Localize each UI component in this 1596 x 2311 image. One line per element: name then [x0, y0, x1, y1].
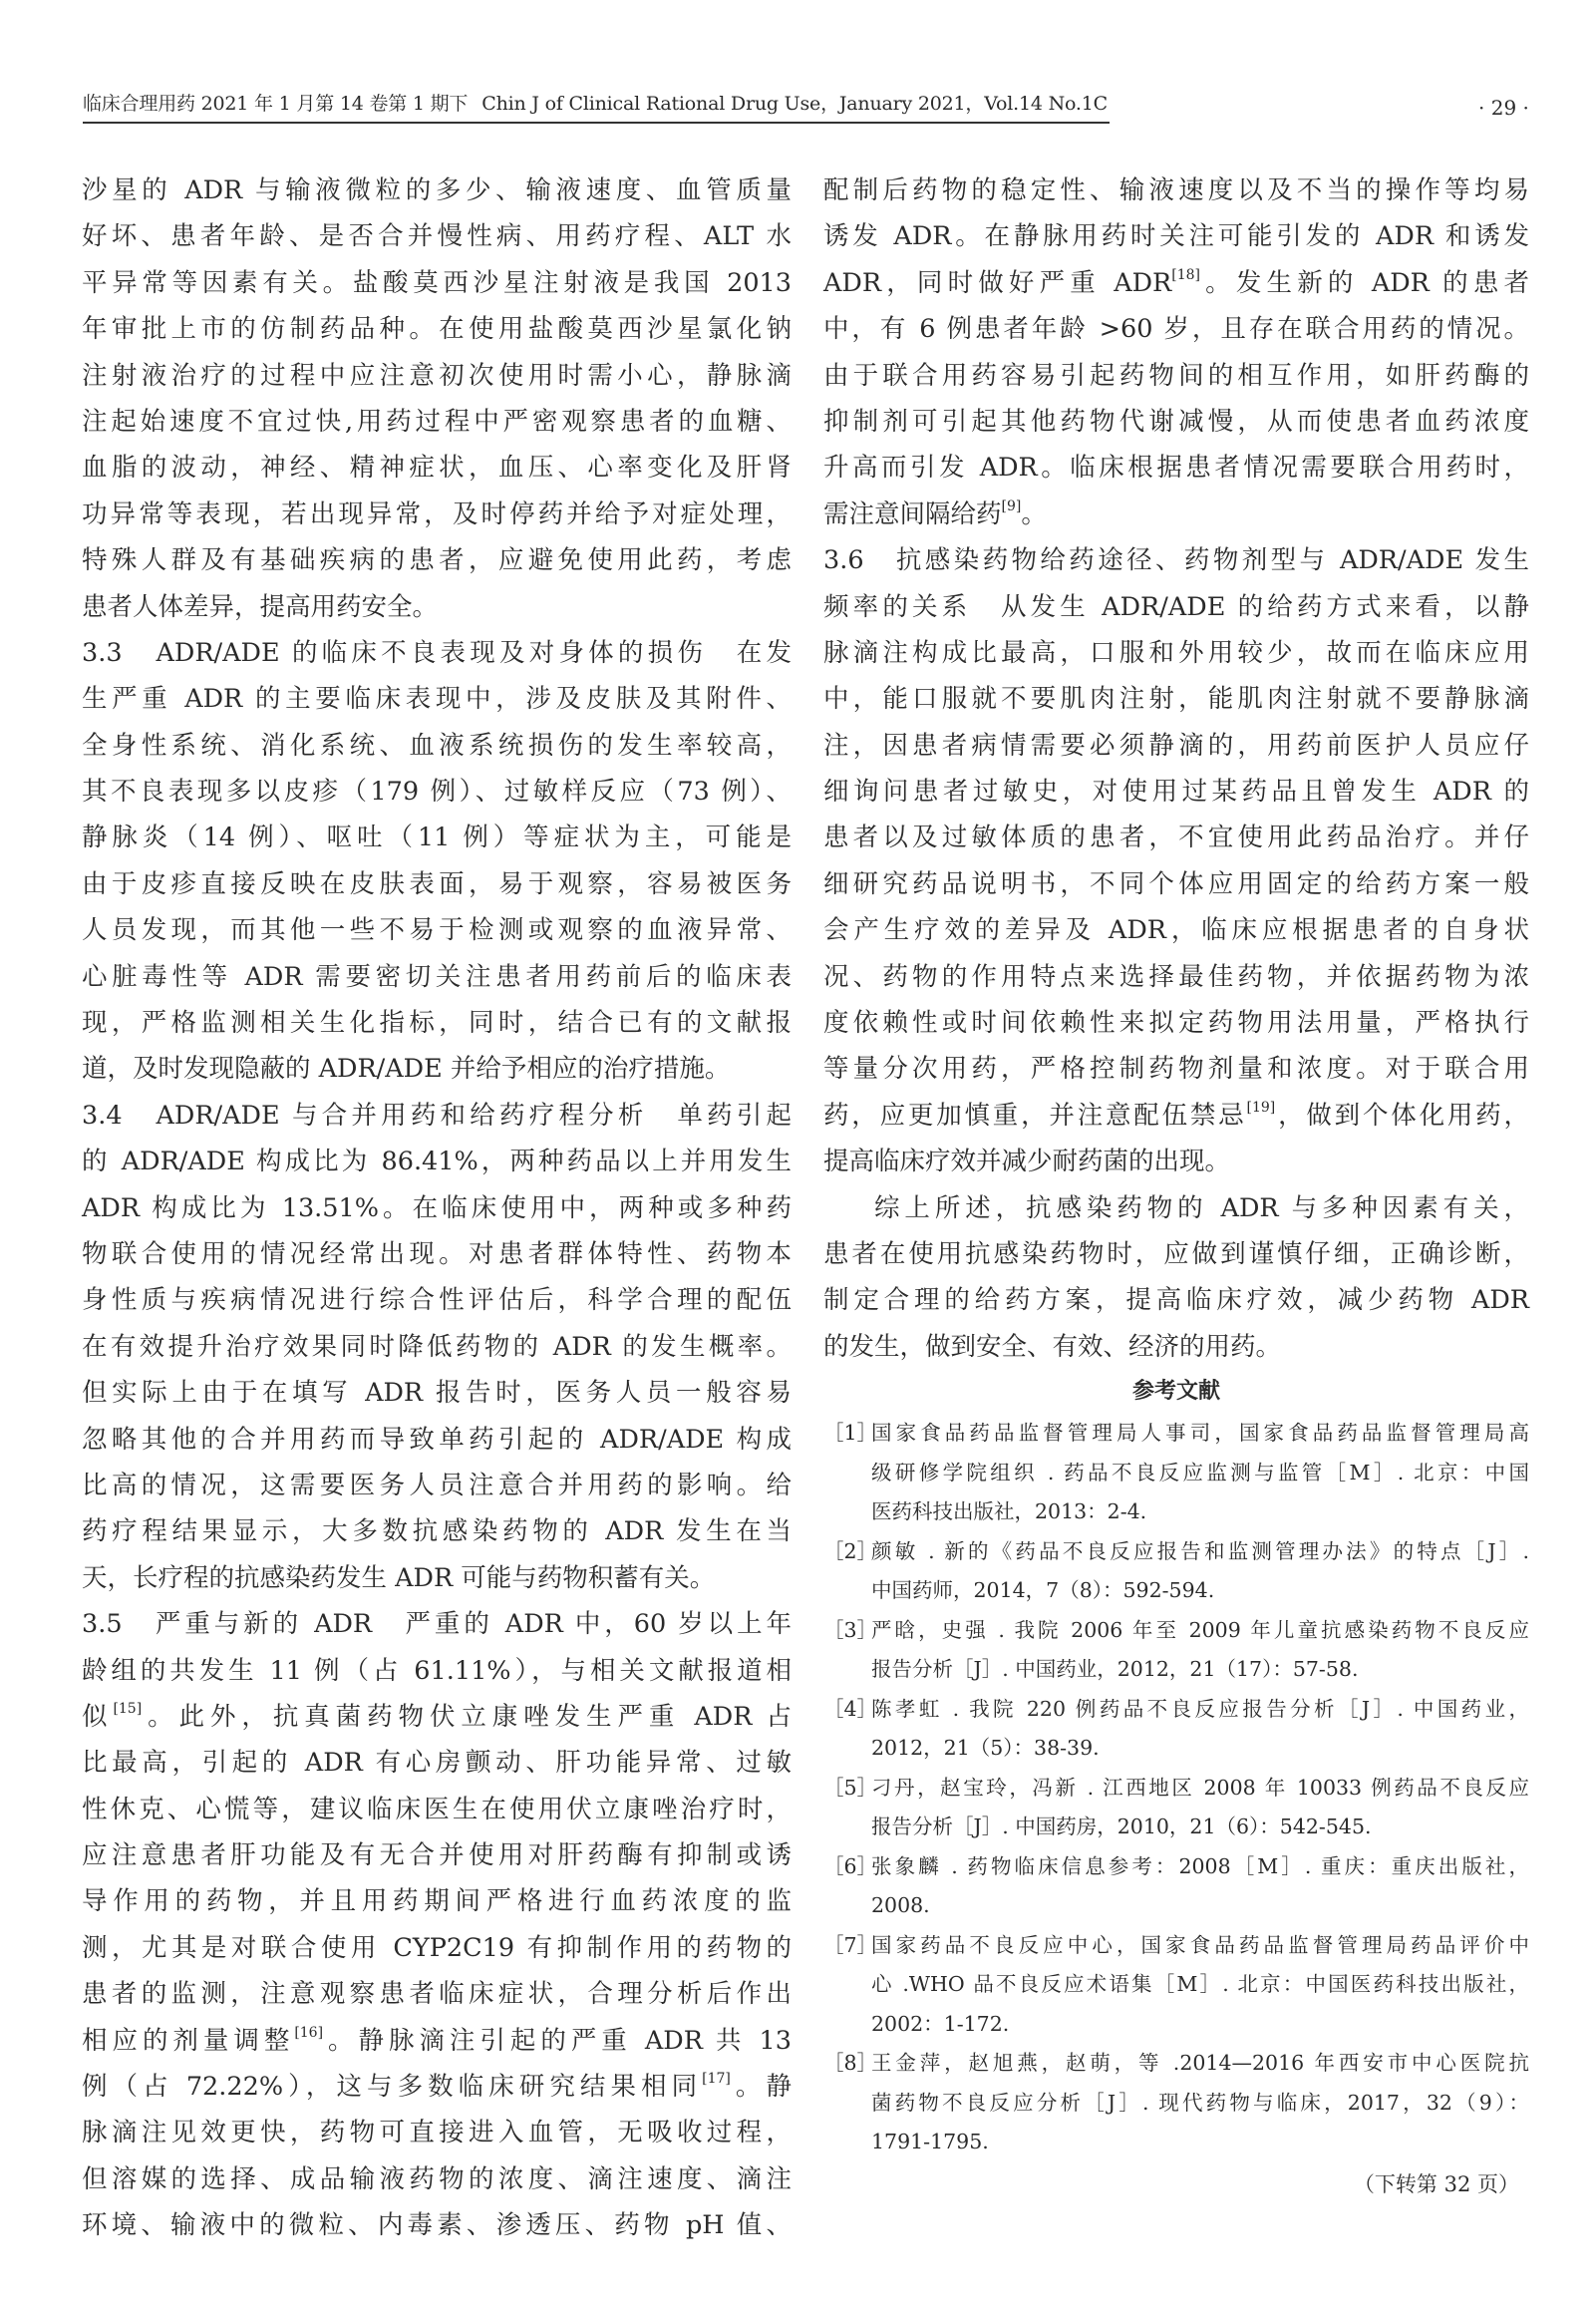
reference-text: 王金萍，赵旭燕，赵萌，等 .2014—2016 年西安市中心医院抗: [871, 2044, 1529, 2084]
reference-number: ［1］: [823, 1414, 877, 1454]
reference-number: ［2］: [823, 1532, 877, 1572]
text-line: 比最高，引起的 ADR 有心房颤动、肝功能异常、过敏: [82, 1740, 792, 1786]
text-line: 等量分次用药，严格控制药物剂量和浓度。对于联合用: [823, 1046, 1529, 1092]
reference-item: ［3］严晗，史强 . 我院 2006 年至 2009 年儿童抗感染药物不良反应报…: [823, 1611, 1529, 1690]
reference-text: 医药科技出版社，2013：2-4.: [871, 1492, 1529, 1532]
text-segment: 。静脉滴注引起的严重 ADR 共 13: [323, 2026, 792, 2056]
conclusion-line: 综上所述，抗感染药物的 ADR 与多种因素有关，: [823, 1185, 1529, 1231]
text-line: 环境、输液中的微粒、内毒素、渗透压、药物 pH 值、: [82, 2202, 792, 2248]
reference-text: 刁丹，赵宝玲，冯新 . 江西地区 2008 年 10033 例药品不良反应: [871, 1769, 1529, 1809]
text-line: 频率的关系 从发生 ADR/ADE 的给药方式来看，以静: [823, 584, 1529, 630]
reference-text: 级研修学院组织 . 药品不良反应监测与监管［M］. 北京：中国: [871, 1454, 1529, 1493]
text-line: 比高的情况，这需要医务人员注意合并用药的影响。给: [82, 1463, 792, 1508]
text-line: 配制后药物的稳定性、输液速度以及不当的操作等均易: [823, 167, 1529, 213]
text-segment: ADR，同时做好严重 ADR: [823, 268, 1171, 298]
reference-text: 颜敏 . 新的《药品不良反应报告和监测管理办法》的特点［J］.: [871, 1532, 1529, 1572]
reference-text: 国家药品不良反应中心，国家食品药品监督管理局药品评价中: [871, 1926, 1529, 1966]
text-line: 天，长疗程的抗感染药发生 ADR 可能与药物积蓄有关。: [82, 1555, 792, 1601]
text-line: 忽略其他的合并用药而导致单药引起的 ADR/ADE 构成: [82, 1417, 792, 1463]
reference-text: 中国药师，2014，7（8）：592-594.: [871, 1571, 1529, 1611]
reference-number: ［6］: [823, 1847, 877, 1887]
reference-item: ［4］陈孝虹 . 我院 220 例药品不良反应报告分析［J］. 中国药业，201…: [823, 1690, 1529, 1769]
text-line: 物联合使用的情况经常出现。对患者群体特性、药物本: [82, 1231, 792, 1277]
text-line: 度依赖性或时间依赖性来拟定药物用法用量，严格执行: [823, 1000, 1529, 1046]
reference-item: ［8］王金萍，赵旭燕，赵萌，等 .2014—2016 年西安市中心医院抗菌药物不…: [823, 2044, 1529, 2162]
text-line: 注起始速度不宜过快,用药过程中严密观察患者的血糖、: [82, 399, 792, 445]
text-line: 身性质与疾病情况进行综合性评估后，科学合理的配伍: [82, 1277, 792, 1323]
text-line: 例（占 72.22%），这与多数临床研究结果相同[17]。静: [82, 2064, 792, 2110]
text-line: 生严重 ADR 的主要临床表现中，涉及皮肤及其附件、: [82, 676, 792, 722]
text-segment: 需注意间隔给药: [823, 499, 1002, 529]
text-line: 由于联合用药容易引起药物间的相互作用，如肝药酶的: [823, 353, 1529, 399]
text-segment: 。: [1021, 499, 1047, 529]
text-segment: 。发生新的 ADR 的患者: [1200, 268, 1529, 298]
citation-ref[interactable]: [18]: [1171, 267, 1200, 283]
text-line: 细研究药品说明书，不同个体应用固定的给药方案一般: [823, 861, 1529, 907]
text-line: 道，及时发现隐蔽的 ADR/ADE 并给予相应的治疗措施。: [82, 1046, 792, 1092]
text-line: 沙星的 ADR 与输液微粒的多少、输液速度、血管质量: [82, 167, 792, 213]
reference-text: 张象麟 . 药物临床信息参考：2008［M］. 重庆：重庆出版社，: [871, 1847, 1529, 1887]
text-line: 但溶媒的选择、成品输液药物的浓度、滴注速度、滴注: [82, 2156, 792, 2202]
text-segment: 。此外，抗真菌药物伏立康唑发生严重 ADR 占: [142, 1702, 792, 1732]
section-3-3-heading: 3.3 ADR/ADE 的临床不良表现及对身体的损伤 在发: [82, 630, 792, 676]
text-line: 但实际上由于在填写 ADR 报告时，医务人员一般容易: [82, 1370, 792, 1416]
citation-ref[interactable]: [19]: [1247, 1100, 1276, 1116]
text-line: 细询问患者过敏史，对使用过某药品且曾发生 ADR 的: [823, 769, 1529, 815]
reference-number: ［7］: [823, 1926, 877, 1966]
reference-text: 报告分析［J］. 中国药业，2012，21（17）：57-58.: [871, 1650, 1529, 1690]
text-line: 抑制剂可引起其他药物代谢减慢，从而使患者血药浓度: [823, 399, 1529, 445]
references-heading: 参考文献: [823, 1370, 1529, 1414]
reference-text: 2002：1-172.: [871, 2005, 1529, 2045]
text-line: 测，尤其是对联合使用 CYP2C19 有抑制作用的药物的: [82, 1925, 792, 1971]
text-segment: ，做到个体化用药，: [1275, 1101, 1529, 1131]
citation-ref[interactable]: [9]: [1002, 498, 1022, 514]
text-line: 静脉炎（14 例）、呕吐（11 例）等症状为主，可能是: [82, 815, 792, 860]
text-line: 年审批上市的仿制药品种。在使用盐酸莫西沙星氯化钠: [82, 306, 792, 352]
citation-ref[interactable]: [17]: [702, 2071, 731, 2087]
text-line: 患者以及过敏体质的患者，不宜使用此药品治疗。并仔: [823, 815, 1529, 860]
text-line: 提高临床疗效并减少耐药菌的出现。: [823, 1139, 1529, 1184]
reference-text: 报告分析［J］. 中国药房，2010，21（6）：542-545.: [871, 1808, 1529, 1847]
continued-on-page-note: （下转第 32 页）: [823, 2162, 1529, 2206]
text-line: 药疗程结果显示，大多数抗感染药物的 ADR 发生在当: [82, 1508, 792, 1554]
text-line: 应注意患者肝功能及有无合并使用对肝药酶有抑制或诱: [82, 1832, 792, 1878]
text-line: 注，因患者病情需要必须静滴的，用药前医护人员应仔: [823, 723, 1529, 769]
section-3-6-heading: 3.6 抗感染药物给药途径、药物剂型与 ADR/ADE 发生: [823, 537, 1529, 583]
text-line: ADR，同时做好严重 ADR[18]。发生新的 ADR 的患者: [823, 260, 1529, 306]
citation-ref[interactable]: [15]: [113, 1701, 142, 1717]
text-line: 脉滴注构成比最高，口服和外用较少，故而在临床应用: [823, 630, 1529, 676]
text-line: 脉滴注见效更快，药物可直接进入血管，无吸收过程，: [82, 2110, 792, 2155]
reference-text: 菌药物不良反应分析［J］. 现代药物与临床，2017，32（9）：: [871, 2084, 1529, 2124]
reference-number: ［5］: [823, 1769, 877, 1809]
reference-text: 国家食品药品监督管理局人事司，国家食品药品监督管理局高: [871, 1414, 1529, 1454]
text-line: 患者的监测，注意观察患者临床症状，合理分析后作出: [82, 1971, 792, 2017]
text-line: 好坏、患者年龄、是否合并慢性病、用药疗程、ALT 水: [82, 213, 792, 259]
text-line: 患者人体差异，提高用药安全。: [82, 584, 792, 630]
text-line: 功异常等表现，若出现异常，及时停药并给予对症处理，: [82, 492, 792, 537]
text-line: 需注意间隔给药[9]。: [823, 492, 1529, 537]
text-line: 似[15]。此外，抗真菌药物伏立康唑发生严重 ADR 占: [82, 1694, 792, 1740]
reference-text: 陈孝虹 . 我院 220 例药品不良反应报告分析［J］. 中国药业，: [871, 1690, 1529, 1730]
text-segment: 相应的剂量调整: [82, 2026, 294, 2056]
text-line: 由于皮疹直接反映在皮肤表面，易于观察，容易被医务: [82, 861, 792, 907]
text-line: 诱发 ADR。在静脉用药时关注可能引发的 ADR 和诱发: [823, 213, 1529, 259]
text-line: 血脂的波动，神经、精神症状，血压、心率变化及肝肾: [82, 445, 792, 491]
text-line: 中，能口服就不要肌肉注射，能肌肉注射就不要静脉滴: [823, 676, 1529, 722]
journal-title-cn: 临床合理用药 2021 年 1 月第 14 卷第 1 期下: [83, 93, 468, 115]
reference-item: ［6］张象麟 . 药物临床信息参考：2008［M］. 重庆：重庆出版社，2008…: [823, 1847, 1529, 1926]
journal-header: 临床合理用药 2021 年 1 月第 14 卷第 1 期下Chin J of C…: [83, 88, 1110, 124]
text-line: 性休克、心慌等，建议临床医生在使用伏立康唑治疗时，: [82, 1787, 792, 1832]
page-number: · 29 ·: [1478, 94, 1529, 122]
text-line: 心脏毒性等 ADR 需要密切关注患者用药前后的临床表: [82, 954, 792, 1000]
text-line: 在有效提升治疗效果同时降低药物的 ADR 的发生概率。: [82, 1324, 792, 1370]
text-line: 全身性系统、消化系统、血液系统损伤的发生率较高，: [82, 723, 792, 769]
text-line: 注射液治疗的过程中应注意初次使用时需小心，静脉滴: [82, 353, 792, 399]
reference-item: ［7］国家药品不良反应中心，国家食品药品监督管理局药品评价中心 .WHO 品不良…: [823, 1926, 1529, 2045]
text-line: 平异常等因素有关。盐酸莫西沙星注射液是我国 2013: [82, 260, 792, 306]
text-segment: 似: [82, 1702, 113, 1732]
right-column: 配制后药物的稳定性、输液速度以及不当的操作等均易诱发 ADR。在静脉用药时关注可…: [823, 167, 1529, 2206]
text-line: 况、药物的作用特点来选择最佳药物，并依据药物为浓: [823, 954, 1529, 1000]
text-line: 导作用的药物，并且用药期间严格进行血药浓度的监: [82, 1878, 792, 1924]
text-line: 中，有 6 例患者年龄 >60 岁，且存在联合用药的情况。: [823, 306, 1529, 352]
journal-title-en: Chin J of Clinical Rational Drug Use，Jan…: [481, 93, 1108, 115]
reference-item: ［2］颜敏 . 新的《药品不良反应报告和监测管理办法》的特点［J］.中国药师，2…: [823, 1532, 1529, 1611]
citation-ref[interactable]: [16]: [294, 2025, 323, 2041]
text-segment: 药，应更加慎重，并注意配伍禁忌: [823, 1101, 1247, 1131]
reference-item: ［5］刁丹，赵宝玲，冯新 . 江西地区 2008 年 10033 例药品不良反应…: [823, 1769, 1529, 1847]
reference-text: 2012，21（5）：38-39.: [871, 1729, 1529, 1769]
section-3-4-heading: 3.4 ADR/ADE 与合并用药和给药疗程分析 单药引起: [82, 1093, 792, 1139]
text-segment: 例（占 72.22%），这与多数临床研究结果相同: [82, 2072, 702, 2102]
conclusion-line: 患者在使用抗感染药物时，应做到谨慎仔细，正确诊断，: [823, 1231, 1529, 1277]
text-line: 其不良表现多以皮疹（179 例）、过敏样反应（73 例）、: [82, 769, 792, 815]
text-segment: 。静: [731, 2072, 792, 2102]
reference-list: ［1］国家食品药品监督管理局人事司，国家食品药品监督管理局高级研修学院组织 . …: [823, 1414, 1529, 2162]
text-line: 的 ADR/ADE 构成比为 86.41%，两种药品以上并用发生: [82, 1139, 792, 1184]
reference-text: 1791-1795.: [871, 2123, 1529, 2162]
reference-text: 2008.: [871, 1886, 1529, 1926]
reference-text: 严晗，史强 . 我院 2006 年至 2009 年儿童抗感染药物不良反应: [871, 1611, 1529, 1651]
reference-text: 心 .WHO 品不良反应术语集［M］. 北京：中国医药科技出版社，: [871, 1965, 1529, 2005]
text-line: 会产生疗效的差异及 ADR，临床应根据患者的自身状: [823, 907, 1529, 953]
reference-item: ［1］国家食品药品监督管理局人事司，国家食品药品监督管理局高级研修学院组织 . …: [823, 1414, 1529, 1532]
text-line: 升高而引发 ADR。临床根据患者情况需要联合用药时，: [823, 445, 1529, 491]
running-header: 临床合理用药 2021 年 1 月第 14 卷第 1 期下Chin J of C…: [83, 88, 1596, 128]
section-3-5-heading: 3.5 严重与新的 ADR 严重的 ADR 中，60 岁以上年: [82, 1601, 792, 1647]
reference-number: ［3］: [823, 1611, 877, 1651]
reference-number: ［4］: [823, 1690, 877, 1730]
text-line: 药，应更加慎重，并注意配伍禁忌[19]，做到个体化用药，: [823, 1093, 1529, 1139]
text-line: 人员发现，而其他一些不易于检测或观察的血液异常、: [82, 907, 792, 953]
text-line: 龄组的共发生 11 例（占 61.11%），与相关文献报道相: [82, 1648, 792, 1694]
conclusion-line: 制定合理的给药方案，提高临床疗效，减少药物 ADR: [823, 1277, 1529, 1323]
reference-number: ［8］: [823, 2044, 877, 2084]
text-line: ADR 构成比为 13.51%。在临床使用中，两种或多种药: [82, 1185, 792, 1231]
text-line: 现，严格监测相关生化指标，同时，结合已有的文献报: [82, 1000, 792, 1046]
text-line: 相应的剂量调整[16]。静脉滴注引起的严重 ADR 共 13: [82, 2018, 792, 2064]
left-column: 沙星的 ADR 与输液微粒的多少、输液速度、血管质量好坏、患者年龄、是否合并慢性…: [82, 167, 792, 2249]
text-line: 特殊人群及有基础疾病的患者，应避免使用此药，考虑: [82, 537, 792, 583]
conclusion-line: 的发生，做到安全、有效、经济的用药。: [823, 1324, 1529, 1370]
